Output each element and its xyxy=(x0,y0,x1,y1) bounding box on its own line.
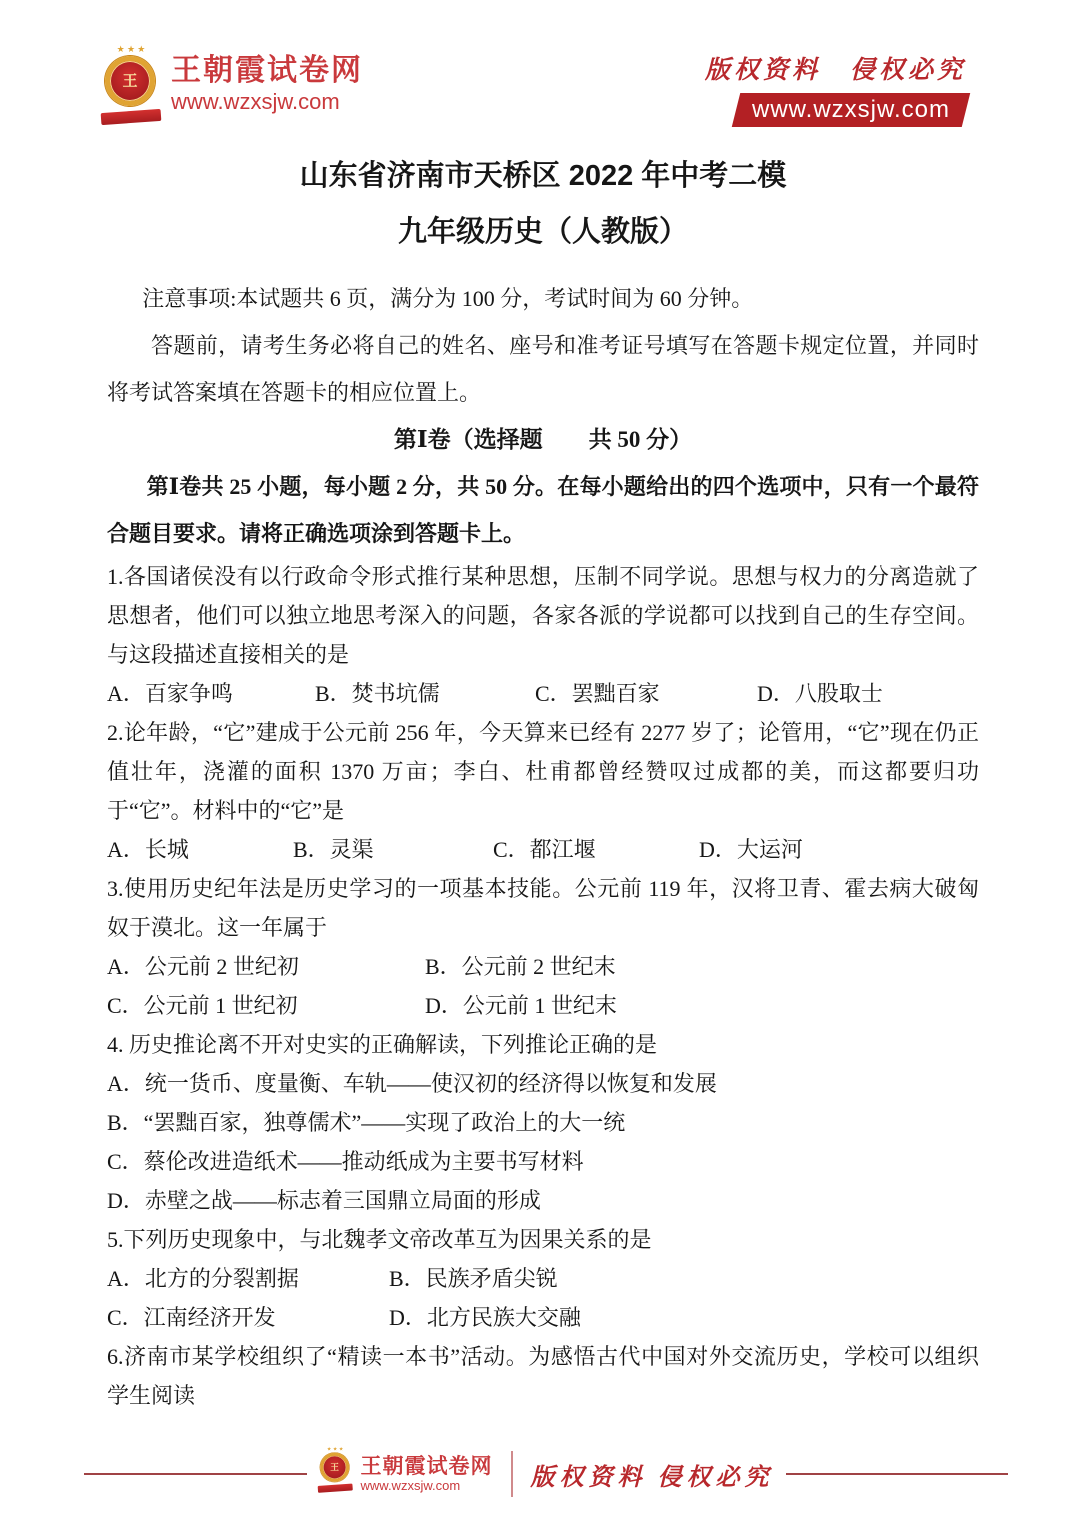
notice-line: 注意事项:本试题共 6 页，满分为 100 分，考试时间为 60 分钟。 xyxy=(107,275,979,322)
url-banner: www.wzxsjw.com xyxy=(732,93,971,127)
options-row: A．公元前 2 世纪初 B．公元前 2 世纪末 xyxy=(107,947,979,986)
footer-logo: 王朝霞试卷网 www.wzxsjw.com xyxy=(319,1447,493,1501)
question-4: 4. 历史推论离不开对史实的正确解读，下列推论正确的是 A．统一货币、度量衡、车… xyxy=(107,1025,979,1220)
question-stem: 2.论年龄，“它”建成于公元前 256 年，今天算来已经有 2277 岁了；论管… xyxy=(107,713,979,830)
page-footer: 王朝霞试卷网 www.wzxsjw.com 版权资料 侵权必究 xyxy=(84,1447,1008,1501)
section-instructions: 第Ⅰ卷共 25 小题，每小题 2 分，共 50 分。在每小题给出的四个选项中，只… xyxy=(107,463,979,557)
question-2: 2.论年龄，“它”建成于公元前 256 年，今天算来已经有 2277 岁了；论管… xyxy=(107,713,979,869)
footer-site-url: www.wzxsjw.com xyxy=(361,1478,493,1494)
question-number: 3. xyxy=(107,876,124,901)
footer-divider xyxy=(511,1451,513,1497)
options-row: A．长城 B．灵渠 C．都江堰 D．大运河 xyxy=(107,830,979,869)
footer-rule-right xyxy=(786,1473,1009,1475)
option-a: A．统一货币、度量衡、车轨——使汉初的经济得以恢复和发展 xyxy=(107,1064,979,1103)
medal-ribbon xyxy=(317,1483,352,1492)
question-text: 论年龄，“它”建成于公元前 256 年，今天算来已经有 2277 岁了；论管用，… xyxy=(107,720,979,823)
option-d: D．八股取士 xyxy=(757,674,883,713)
question-text: 历史推论离不开对史实的正确解读，下列推论正确的是 xyxy=(124,1032,658,1057)
paper-subtitle: 九年级历史（人教版） xyxy=(107,214,979,250)
question-6: 6.济南市某学校组织了“精读一本书”活动。为感悟古代中国对外交流历史，学校可以组… xyxy=(107,1337,979,1415)
option-b: B．灵渠 xyxy=(293,830,493,869)
options-row: A．北方的分裂割据 B．民族矛盾尖锐 xyxy=(107,1259,979,1298)
option-b: B．民族矛盾尖锐 xyxy=(389,1259,558,1298)
option-a: A．百家争鸣 xyxy=(107,674,315,713)
question-number: 5. xyxy=(107,1227,124,1252)
question-stem: 5.下列历史现象中，与北魏孝文帝改革互为因果关系的是 xyxy=(107,1220,979,1259)
question-1: 1.各国诸侯没有以行政命令形式推行某种思想，压制不同学说。思想与权力的分离造就了… xyxy=(107,557,979,713)
option-b: B．公元前 2 世纪末 xyxy=(425,947,616,986)
site-url: www.wzxsjw.com xyxy=(171,89,363,115)
question-number: 4. xyxy=(107,1032,124,1057)
option-a: A．北方的分裂割据 xyxy=(107,1259,389,1298)
header-right: 版权资料 侵权必究 www.wzxsjw.com xyxy=(705,46,966,127)
footer-rule-left xyxy=(84,1473,307,1475)
option-d: D．北方民族大交融 xyxy=(389,1298,581,1337)
medal-ribbon xyxy=(101,109,162,125)
option-c: C．都江堰 xyxy=(493,830,699,869)
option-b: B．焚书坑儒 xyxy=(315,674,535,713)
question-number: 2. xyxy=(107,720,124,745)
medal-icon xyxy=(319,1447,355,1501)
question-stem: 3.使用历史纪年法是历史学习的一项基本技能。公元前 119 年，汉将卫青、霍去病… xyxy=(107,869,979,947)
option-d: D．赤壁之战——标志着三国鼎立局面的形成 xyxy=(107,1181,979,1220)
option-c: C．蔡伦改进造纸术——推动纸成为主要书写材料 xyxy=(107,1142,979,1181)
question-5: 5.下列历史现象中，与北魏孝文帝改革互为因果关系的是 A．北方的分裂割据 B．民… xyxy=(107,1220,979,1337)
question-text: 济南市某学校组织了“精读一本书”活动。为感悟古代中国对外交流历史，学校可以组织学… xyxy=(107,1344,979,1408)
option-c: C．江南经济开发 xyxy=(107,1298,389,1337)
copyright-slogan: 版权资料 侵权必究 xyxy=(705,50,966,86)
footer-logo-text: 王朝霞试卷网 www.wzxsjw.com xyxy=(361,1455,493,1494)
question-3: 3.使用历史纪年法是历史学习的一项基本技能。公元前 119 年，汉将卫青、霍去病… xyxy=(107,869,979,1025)
question-number: 1. xyxy=(107,564,124,589)
url-banner-text: www.wzxsjw.com xyxy=(752,96,950,124)
question-text: 使用历史纪年法是历史学习的一项基本技能。公元前 119 年，汉将卫青、霍去病大破… xyxy=(107,876,979,940)
option-d: D．大运河 xyxy=(699,830,803,869)
question-text: 下列历史现象中，与北魏孝文帝改革互为因果关系的是 xyxy=(124,1227,652,1252)
options-row: A．百家争鸣 B．焚书坑儒 C．罢黜百家 D．八股取士 xyxy=(107,674,979,713)
medal-circle xyxy=(105,56,155,106)
paper-body: 山东省济南市天桥区 2022 年中考二模 九年级历史（人教版） 注意事项:本试题… xyxy=(0,158,1086,1415)
option-a: A．长城 xyxy=(107,830,293,869)
options-row: C．公元前 1 世纪初 D．公元前 1 世纪末 xyxy=(107,986,979,1025)
page-header: 王朝霞试卷网 www.wzxsjw.com 版权资料 侵权必究 www.wzxs… xyxy=(0,0,1086,142)
option-b: B．“罢黜百家，独尊儒术”——实现了政治上的大一统 xyxy=(107,1103,979,1142)
exam-paper-page: 王朝霞试卷网 www.wzxsjw.com 版权资料 侵权必究 www.wzxs… xyxy=(0,0,1086,1535)
options-row: C．江南经济开发 D．北方民族大交融 xyxy=(107,1298,979,1337)
option-c: C．公元前 1 世纪初 xyxy=(107,986,425,1025)
medal-circle xyxy=(320,1453,349,1482)
question-stem: 1.各国诸侯没有以行政命令形式推行某种思想，压制不同学说。思想与权力的分离造就了… xyxy=(107,557,979,674)
footer-site-name: 王朝霞试卷网 xyxy=(361,1455,493,1478)
section-heading: 第Ⅰ卷（选择题 共 50 分） xyxy=(107,416,979,463)
paper-title: 山东省济南市天桥区 2022 年中考二模 xyxy=(107,158,979,194)
footer-copyright-slogan: 版权资料 侵权必究 xyxy=(531,1457,774,1492)
question-text: 各国诸侯没有以行政命令形式推行某种思想，压制不同学说。思想与权力的分离造就了思想… xyxy=(107,564,979,667)
option-d: D．公元前 1 世纪末 xyxy=(425,986,617,1025)
option-a: A．公元前 2 世纪初 xyxy=(107,947,425,986)
option-c: C．罢黜百家 xyxy=(535,674,757,713)
logo-text: 王朝霞试卷网 www.wzxsjw.com xyxy=(171,46,363,115)
notice-paragraph: 答题前，请考生务必将自己的姓名、座号和准考证号填写在答题卡规定位置，并同时将考试… xyxy=(107,322,979,416)
site-name: 王朝霞试卷网 xyxy=(171,54,363,87)
question-stem: 4. 历史推论离不开对史实的正确解读，下列推论正确的是 xyxy=(107,1025,979,1064)
medal-icon xyxy=(103,46,159,136)
question-number: 6. xyxy=(107,1344,124,1369)
question-stem: 6.济南市某学校组织了“精读一本书”活动。为感悟古代中国对外交流历史，学校可以组… xyxy=(107,1337,979,1415)
site-logo: 王朝霞试卷网 www.wzxsjw.com xyxy=(103,46,363,136)
